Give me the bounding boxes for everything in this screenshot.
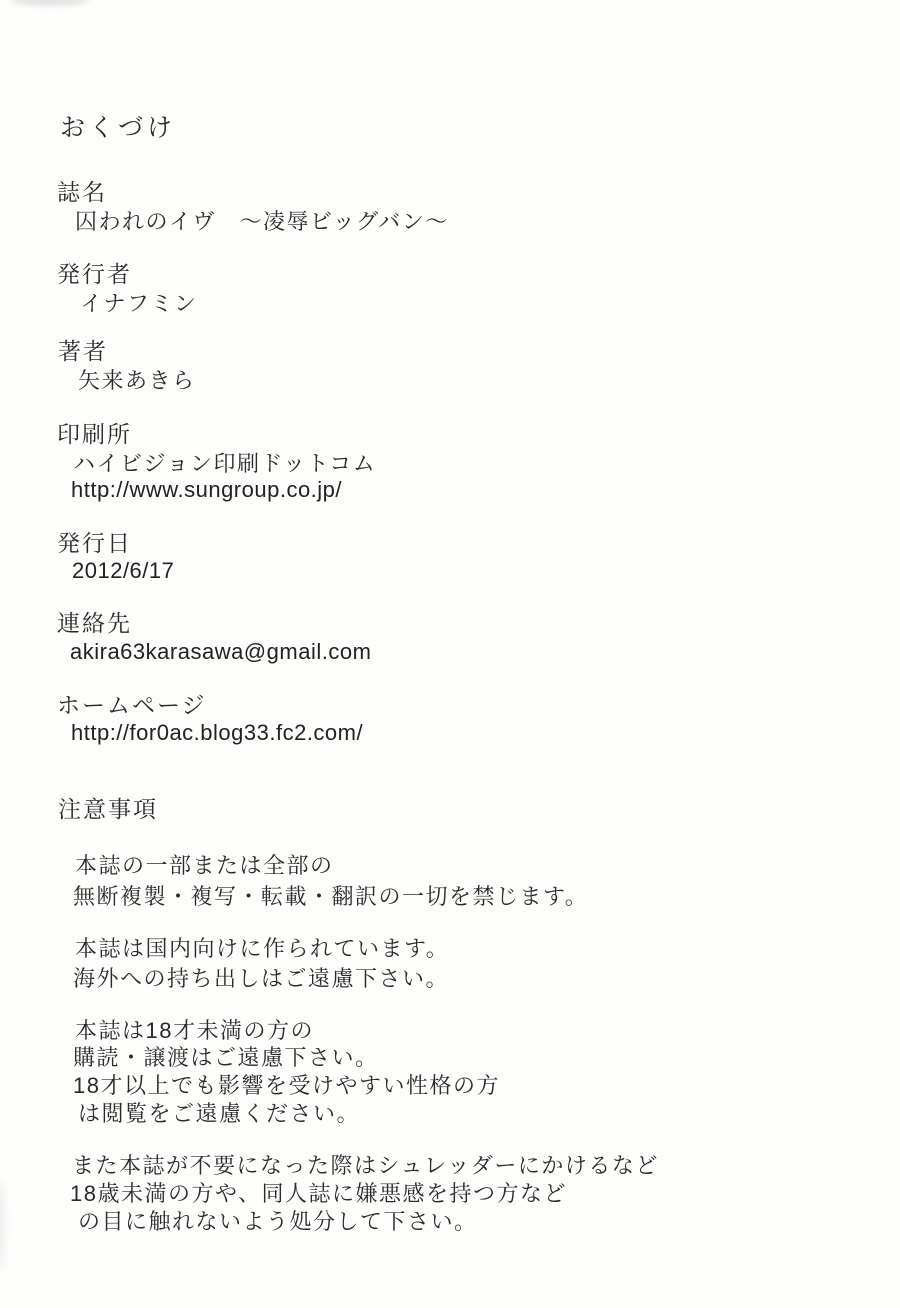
publication-date: 2012/6/17 [72,560,174,582]
printer-name: ハイビジョン印刷ドットコム [73,453,376,475]
scan-smudge-top [10,0,90,5]
notice-line: 18歳未満の方や、同人誌に嫌悪感を持つ方など [70,1183,567,1205]
contact-email: akira63karasawa@gmail.com [70,641,371,663]
page-title: おくづけ [60,116,176,141]
magazine-title-label: 誌名 [57,181,107,204]
notice-line: 購読・譲渡はご遠慮下さい。 [73,1047,379,1069]
notice-line: また本誌が不要になった際はシュレッダーにかけるなど [72,1155,659,1177]
notice-line: 本誌は18才未満の方の [75,1020,314,1042]
notice-line: 本誌は国内向けに作られています。 [75,938,449,960]
publisher-name: イナフミン [80,293,198,315]
author-label: 著者 [58,340,108,363]
magazine-title: 囚われのイヴ ～凌辱ビッグバン～ [75,211,449,233]
notice-line: 18才以上でも影響を受けやすい性格の方 [73,1075,500,1097]
author-name: 矢来あきら [78,370,196,392]
scan-smudge-left [0,1180,4,1270]
notice-line: 海外への持ち出しはご遠慮下さい。 [73,968,449,990]
printer-label: 印刷所 [57,423,132,446]
notice-line: は閲覧をご遠慮ください。 [78,1103,360,1125]
notice-line: の目に触れないよう処分して下さい。 [78,1211,478,1233]
publication-date-label: 発行日 [57,532,132,555]
homepage-label: ホームページ [57,694,207,717]
homepage-url: http://for0ac.blog33.fc2.com/ [71,722,363,744]
notice-line: 無断複製・複写・転載・翻訳の一切を禁じます。 [73,886,588,908]
contact-label: 連絡先 [57,612,132,635]
printer-url: http://www.sungroup.co.jp/ [71,479,342,501]
publisher-label: 発行者 [57,263,132,286]
notice-label: 注意事項 [58,798,158,821]
colophon-page: おくづけ 誌名 囚われのイヴ ～凌辱ビッグバン～ 発行者 イナフミン 著者 矢来… [0,0,900,1308]
notice-line: 本誌の一部または全部の [75,855,334,877]
